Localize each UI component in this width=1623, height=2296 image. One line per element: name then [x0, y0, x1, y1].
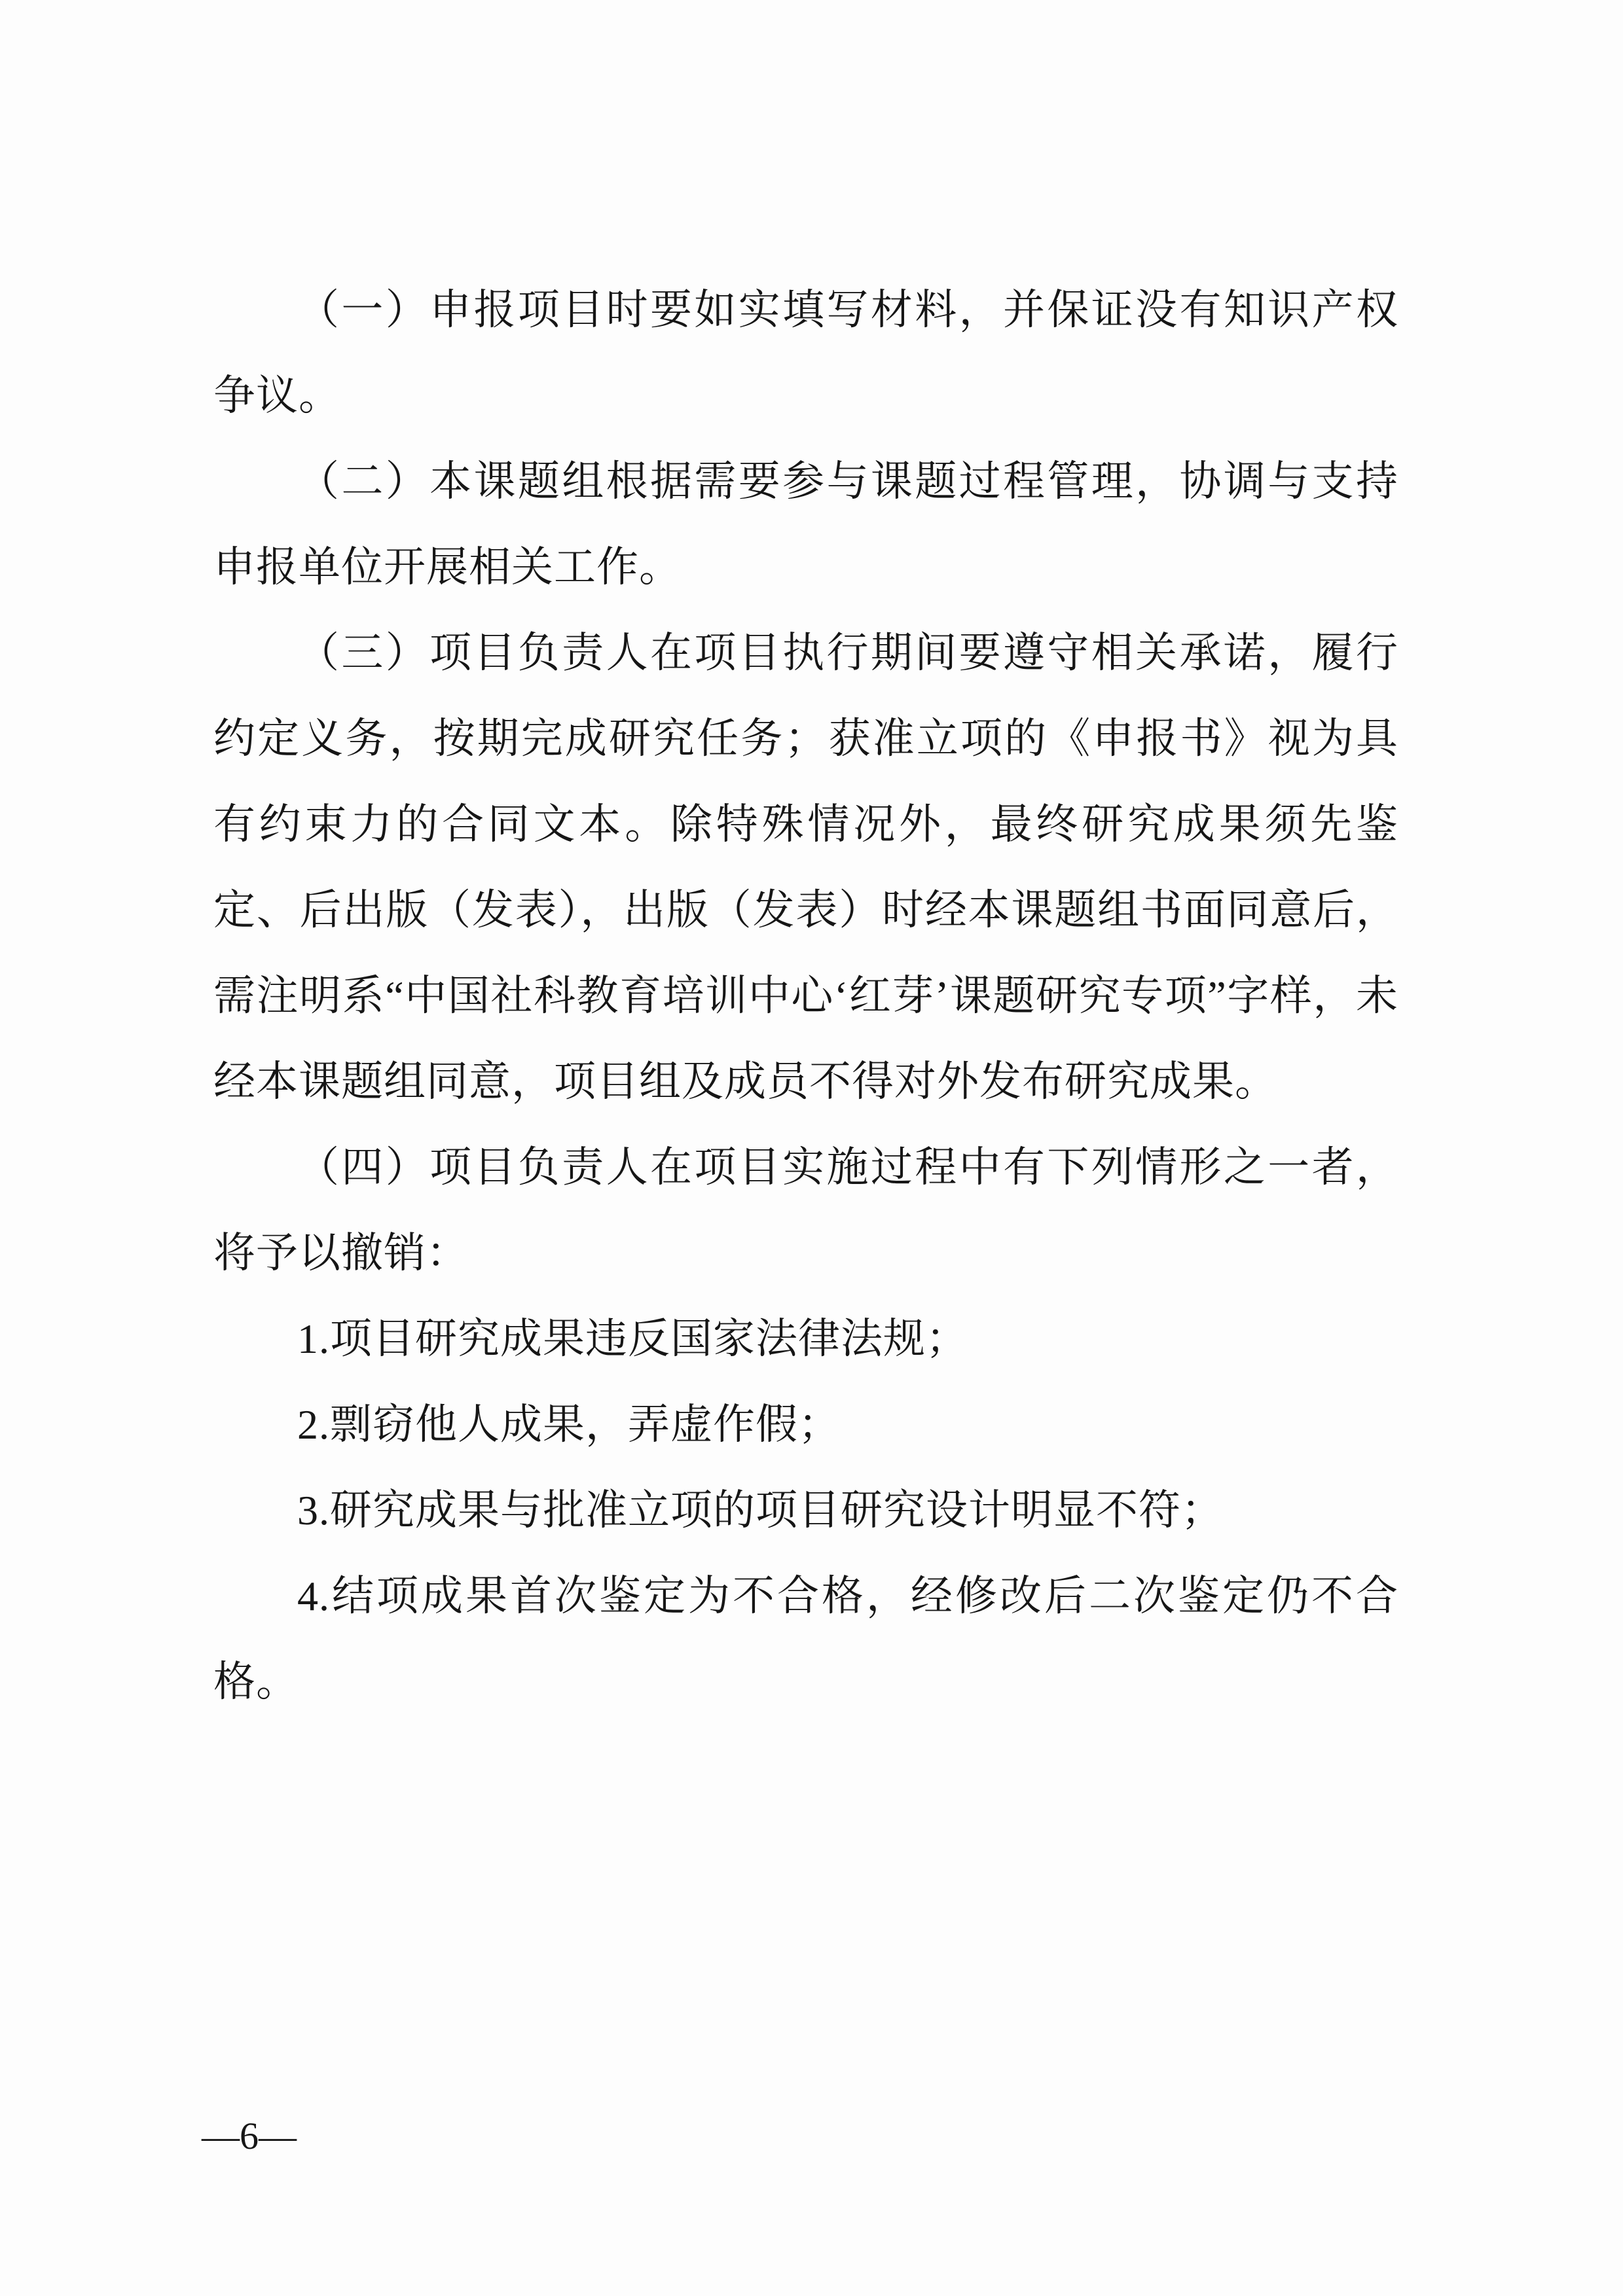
paragraph-item-2: （二）本课题组根据需要参与课题过程管理，协调与支持申报单位开展相关工作。 [213, 439, 1398, 610]
list-item-1: 1.项目研究成果违反国家法律法规； [213, 1296, 1398, 1382]
paragraph-item-1: （一）申报项目时要如实填写材料，并保证没有知识产权争议。 [213, 267, 1398, 439]
page-number: —6— [202, 2117, 297, 2156]
list-item-2: 2.剽窃他人成果，弄虚作假； [213, 1382, 1398, 1467]
paragraph-item-4: （四）项目负责人在项目实施过程中有下列情形之一者，将予以撤销： [213, 1124, 1398, 1296]
document-body: （一）申报项目时要如实填写材料，并保证没有知识产权争议。 （二）本课题组根据需要… [213, 267, 1398, 1725]
paragraph-item-3: （三）项目负责人在项目执行期间要遵守相关承诺，履行约定义务，按期完成研究任务；获… [213, 610, 1398, 1124]
list-item-4: 4.结项成果首次鉴定为不合格，经修改后二次鉴定仍不合格。 [213, 1553, 1398, 1725]
document-page: （一）申报项目时要如实填写材料，并保证没有知识产权争议。 （二）本课题组根据需要… [0, 0, 1623, 2296]
list-item-3: 3.研究成果与批准立项的项目研究设计明显不符； [213, 1467, 1398, 1553]
